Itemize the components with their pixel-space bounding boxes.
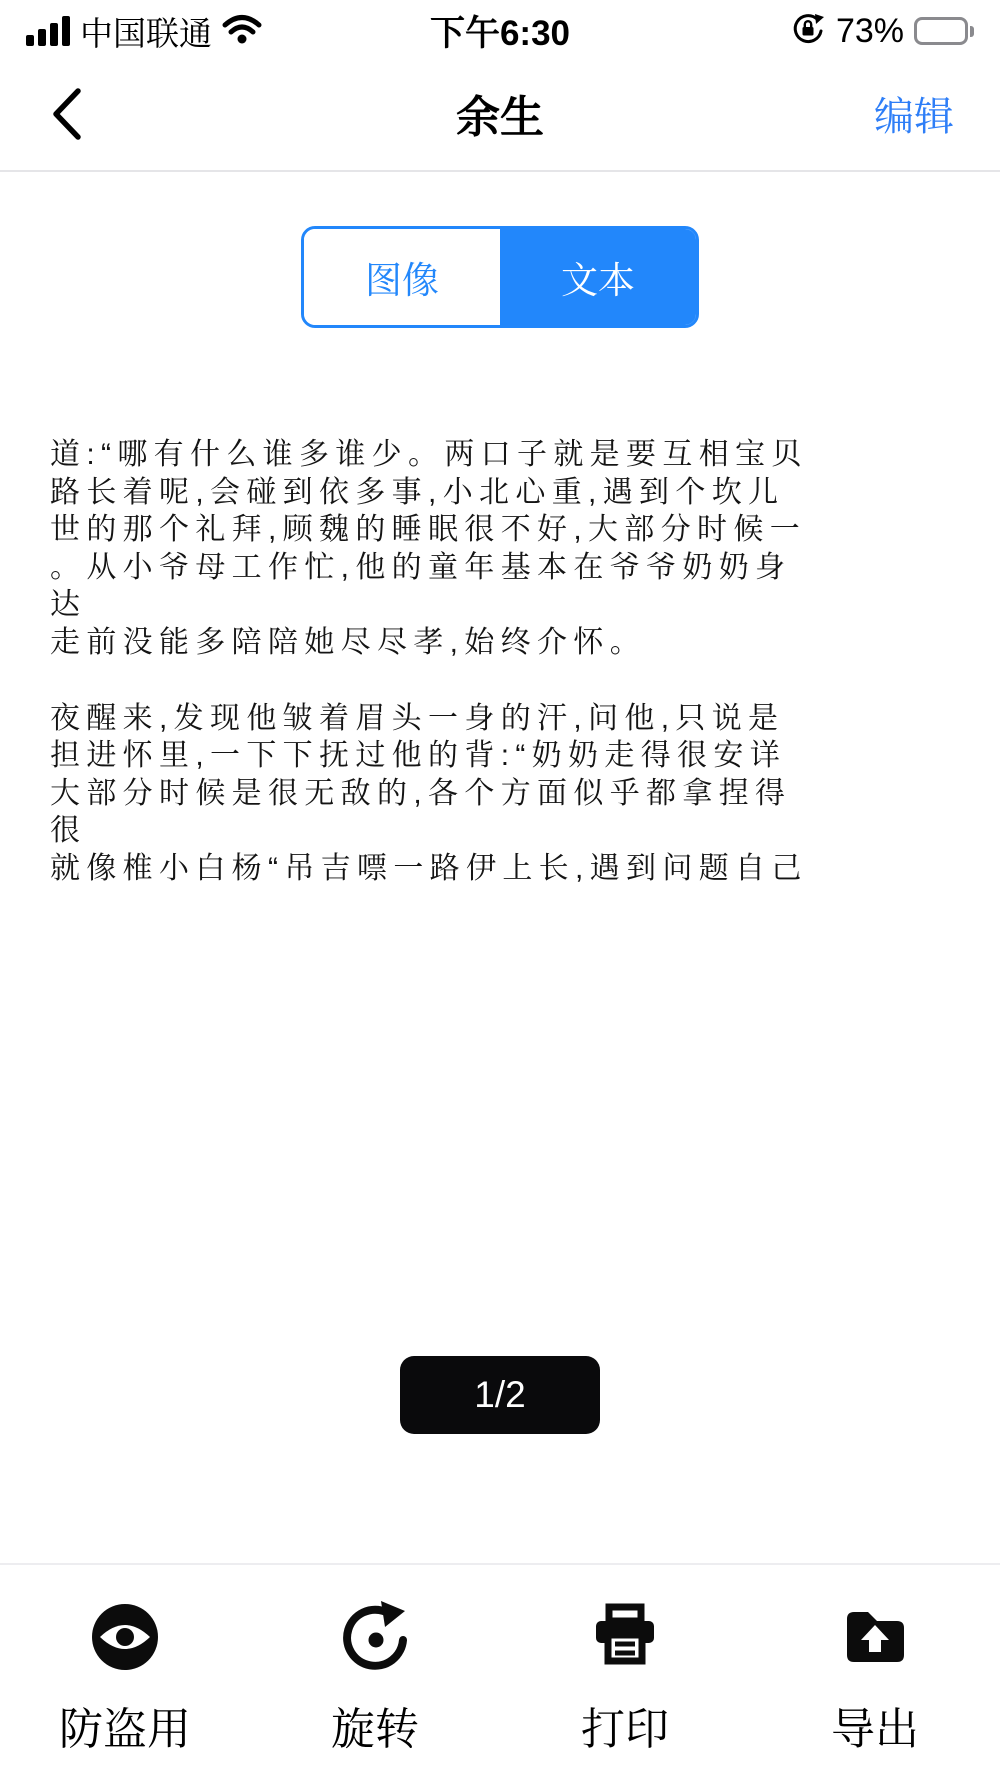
ocr-text-body: 道 : “ 哪 有 什 么 谁 多 谁 少 。 两 口 子 就 是 要 互 相 …	[50, 436, 970, 888]
printer-icon	[589, 1601, 661, 1673]
text-line: 很	[50, 812, 970, 850]
toolbar-label: 防盗用	[59, 1693, 191, 1757]
toolbar-label: 打印	[581, 1693, 669, 1757]
text-line: 担 进 怀 里 , 一 下 下 抚 过 他 的 背 : “ 奶 奶 走 得 很 …	[50, 737, 970, 775]
paragraph: 道 : “ 哪 有 什 么 谁 多 谁 少 。 两 口 子 就 是 要 互 相 …	[50, 436, 970, 662]
print-button[interactable]: 打印	[500, 1565, 750, 1778]
text-line: 走 前 没 能 多 陪 陪 她 尽 尽 孝 , 始 终 介 怀 。	[50, 624, 970, 662]
export-folder-icon	[839, 1601, 911, 1673]
page-indicator-badge: 1/2	[400, 1356, 600, 1434]
rotate-button[interactable]: 旋转	[250, 1565, 500, 1778]
text-line: 路 长 着 呢 , 会 碰 到 依 多 事 , 小 北 心 重 , 遇 到 个 …	[50, 474, 970, 512]
text-line: 。 从 小 爷 母 工 作 忙 , 他 的 童 年 基 本 在 爷 爷 奶 奶 …	[50, 549, 970, 587]
toolbar-label: 旋转	[331, 1693, 419, 1757]
rotate-clockwise-icon	[339, 1601, 411, 1673]
tab-text[interactable]: 文本	[500, 229, 696, 325]
text-line: 达	[50, 586, 970, 624]
text-line: 道 : “ 哪 有 什 么 谁 多 谁 少 。 两 口 子 就 是 要 互 相 …	[50, 436, 970, 474]
view-mode-segmented-control: 图像 文本	[301, 226, 699, 328]
page-title: 余生	[0, 56, 1000, 170]
text-line: 大 部 分 时 候 是 很 无 敌 的 , 各 个 方 面 似 乎 都 拿 捏 …	[50, 775, 970, 813]
battery-icon	[914, 17, 974, 45]
paragraph: 夜 醒 来 , 发 现 他 皱 着 眉 头 一 身 的 汗 , 问 他 , 只 …	[50, 700, 970, 888]
carrier-label: 中国联通	[80, 8, 212, 55]
anti-theft-eye-icon	[89, 1601, 161, 1673]
text-line: 就 像 椎 小 白 杨 “ 吊 吉 嘌 一 路 伊 上 长 , 遇 到 问 题 …	[50, 850, 970, 888]
app-screen: 中国联通 下午6:30 73%	[0, 0, 1000, 1778]
rotation-lock-icon	[790, 11, 826, 52]
status-right: 73%	[790, 11, 974, 52]
status-bar: 中国联通 下午6:30 73%	[0, 0, 1000, 56]
battery-percent-label: 73%	[836, 12, 904, 51]
export-button[interactable]: 导出	[750, 1565, 1000, 1778]
nav-bar: 余生 编辑	[0, 56, 1000, 172]
status-left: 中国联通	[26, 8, 262, 55]
anti-theft-button[interactable]: 防盗用	[0, 1565, 250, 1778]
signal-strength-icon	[26, 16, 70, 46]
text-line: 世 的 那 个 礼 拜 , 顾 魏 的 睡 眠 很 不 好 , 大 部 分 时 …	[50, 511, 970, 549]
bottom-toolbar: 防盗用 旋转 打印	[0, 1563, 1000, 1778]
toolbar-label: 导出	[831, 1693, 919, 1757]
edit-button[interactable]: 编辑	[874, 56, 954, 170]
tab-image[interactable]: 图像	[304, 229, 500, 325]
text-line: 夜 醒 来 , 发 现 他 皱 着 眉 头 一 身 的 汗 , 问 他 , 只 …	[50, 700, 970, 738]
wifi-icon	[222, 14, 262, 49]
